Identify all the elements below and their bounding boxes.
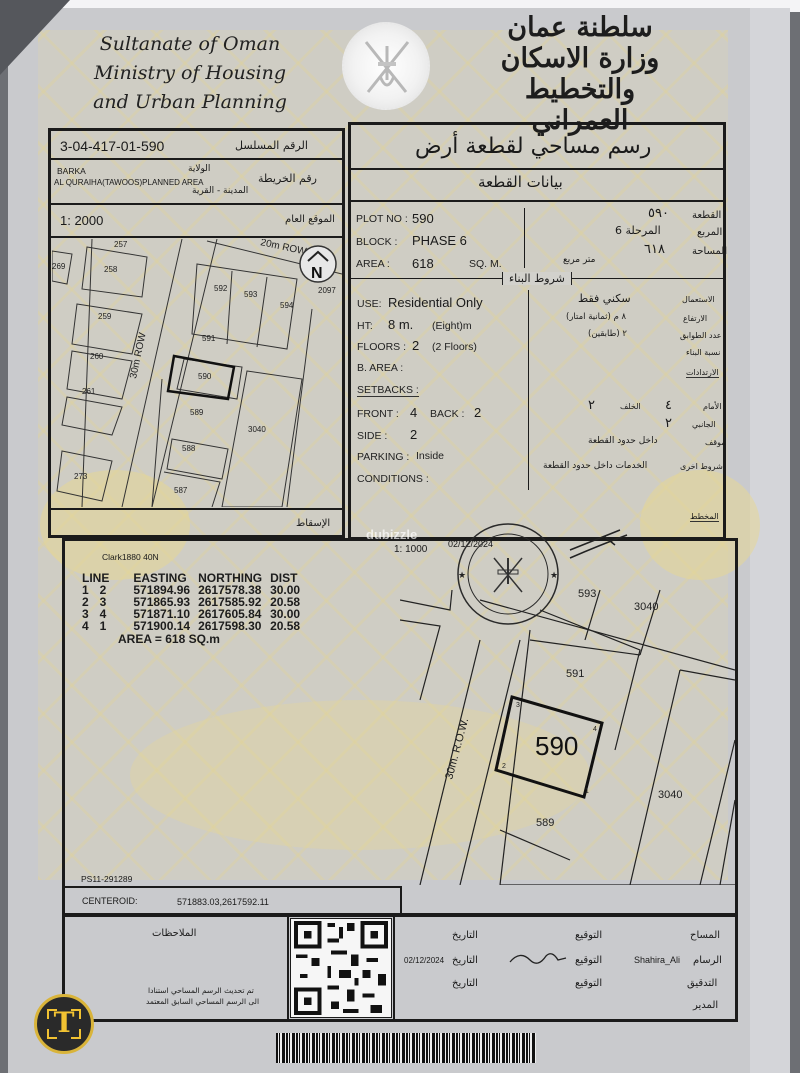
official-seal-icon: ★ ★ bbox=[452, 518, 564, 626]
back-value: 2 bbox=[474, 405, 481, 420]
ar-plot-value: ٥٩٠ bbox=[648, 206, 669, 221]
cell-to: 1 bbox=[96, 620, 114, 632]
ar-floors-label: عدد الطوابق bbox=[680, 331, 722, 340]
survey-scale: 1: 1000 bbox=[394, 544, 427, 555]
building-area-label: B. AREA : bbox=[357, 362, 403, 374]
area-value: 618 bbox=[412, 256, 434, 271]
location-scale: 1: 2000 bbox=[60, 213, 103, 228]
draftsman-date-label: التاريخ bbox=[452, 955, 478, 966]
plot-data-heading: بيانات القطعة bbox=[478, 173, 563, 191]
divider bbox=[62, 886, 402, 888]
cell-dist: 20.58 bbox=[266, 620, 304, 632]
svg-text:591: 591 bbox=[566, 668, 584, 680]
cell-from: 4 bbox=[78, 620, 96, 632]
notes-text-2: الى الرسم المساحي السابق المعتمد bbox=[146, 997, 259, 1006]
serial-label: الرقم المسلسل bbox=[235, 139, 308, 152]
divider bbox=[287, 916, 289, 1020]
map-number-label: رقم الخريطة bbox=[258, 172, 317, 185]
block-label: BLOCK : bbox=[356, 236, 397, 248]
draftsman-signature-icon bbox=[508, 948, 568, 970]
centeroid-label: CENTEROID: bbox=[82, 896, 138, 906]
svg-text:592: 592 bbox=[214, 284, 228, 293]
svg-text:1: 1 bbox=[585, 788, 589, 795]
corner-bracket-icon bbox=[47, 1029, 57, 1039]
header-line-3: and Urban Planning bbox=[80, 88, 300, 117]
corner-bracket-icon bbox=[47, 1009, 57, 1019]
oman-emblem-icon bbox=[342, 22, 430, 110]
ar-area-value: ٦١٨ bbox=[644, 242, 665, 257]
svg-text:4: 4 bbox=[593, 726, 597, 733]
height-value: 8 m. bbox=[388, 317, 413, 332]
datum-label: Clark1880 40N bbox=[102, 552, 159, 562]
conditions-label: CONDITIONS : bbox=[357, 473, 429, 485]
divider bbox=[48, 158, 345, 160]
divider bbox=[400, 886, 402, 916]
ar-parking-value: داخل حدود القطعة bbox=[588, 436, 658, 446]
road-label-30m: 30m ROW bbox=[128, 331, 149, 379]
height-label: HT: bbox=[357, 320, 373, 332]
draftsman-label: الرسام bbox=[693, 955, 722, 966]
svg-text:589: 589 bbox=[536, 817, 554, 829]
projection-label: الإسقاط bbox=[296, 518, 330, 529]
parking-label: PARKING : bbox=[357, 451, 409, 463]
block-value: PHASE 6 bbox=[412, 233, 467, 248]
ar-setbacks-label: الارتدادات bbox=[686, 368, 719, 378]
detail-map[interactable]: 593 3040 591 3040 589 588 590 1 2 3 4 30… bbox=[400, 560, 735, 885]
divider bbox=[524, 208, 525, 268]
ar-front-label: الأمام bbox=[703, 402, 721, 411]
document-title: رسم مساحي لقطعة أرض bbox=[415, 134, 651, 159]
checker-date-label: التاريخ bbox=[452, 978, 478, 989]
ar-building-ratio-label: نسبة البناء bbox=[686, 348, 720, 357]
back-label: BACK : bbox=[430, 408, 464, 420]
surveyor-label: المساح bbox=[690, 930, 720, 941]
divider bbox=[48, 508, 345, 510]
ar-plan-label: المخطط bbox=[690, 512, 719, 522]
svg-text:259: 259 bbox=[98, 312, 112, 321]
ar-block-label: المربع bbox=[697, 227, 722, 238]
svg-text:N: N bbox=[311, 265, 323, 282]
header-english: Sultanate of Oman Ministry of Housing an… bbox=[80, 30, 300, 117]
ocr-text-scan-button[interactable]: T bbox=[34, 994, 94, 1054]
height-words: (Eight)m bbox=[432, 320, 472, 332]
divider bbox=[348, 168, 726, 170]
use-value: Residential Only bbox=[388, 295, 483, 310]
notes-label: الملاحظات bbox=[152, 928, 196, 939]
ar-area-label: المساحة bbox=[692, 246, 727, 257]
svg-text:594: 594 bbox=[280, 301, 294, 310]
svg-text:269: 269 bbox=[52, 262, 66, 271]
ar-height-label: الارتفاع bbox=[683, 314, 707, 323]
ar-area-unit: متر مربع bbox=[563, 255, 595, 265]
background-corner bbox=[0, 0, 70, 75]
city-village-label: المدينة - القرية bbox=[192, 186, 248, 196]
wilayat-value: BARKA bbox=[57, 166, 86, 176]
barcode bbox=[276, 1033, 536, 1063]
svg-text:260: 260 bbox=[90, 352, 104, 361]
svg-text:273: 273 bbox=[74, 472, 88, 481]
building-conditions-heading: شروط البناء bbox=[502, 272, 572, 285]
centeroid-value: 571883.03,2617592.11 bbox=[177, 897, 269, 907]
floors-label: FLOORS : bbox=[357, 341, 406, 353]
front-label: FRONT : bbox=[357, 408, 399, 420]
svg-text:★: ★ bbox=[550, 570, 558, 580]
draftsman-date: 02/12/2024 bbox=[404, 956, 444, 965]
area-value: AL QURAIHA(TAWOOS)PLANNED AREA bbox=[54, 178, 204, 187]
checker-signature-label: التوقيع bbox=[575, 978, 602, 989]
ar-use-label: الاستعمال bbox=[682, 295, 715, 304]
ar-plot-label: القطعة bbox=[692, 210, 721, 221]
coordinates-table: LINE EASTING NORTHING DIST 12 571894.962… bbox=[78, 572, 304, 646]
site-watermark: dubizzle bbox=[366, 527, 417, 542]
plot-590-label: 590 bbox=[535, 731, 578, 761]
notes-text-1: تم تحديث الرسم المساحي استنادا bbox=[148, 986, 254, 995]
floors-words: (2 Floors) bbox=[432, 341, 477, 353]
floors-value: 2 bbox=[412, 338, 419, 353]
ar-height-value: ٨ م (ثمانية امتار) bbox=[566, 312, 626, 322]
header-ar-line-1: سلطنة عمان bbox=[490, 12, 670, 43]
ar-other-value: الخدمات داخل حدود القطعة bbox=[543, 461, 647, 471]
ar-back-label: الخلف bbox=[620, 402, 641, 411]
corner-bracket-icon bbox=[71, 1029, 81, 1039]
divider bbox=[348, 200, 726, 202]
use-label: USE: bbox=[357, 298, 382, 310]
area-label: AREA : bbox=[356, 258, 390, 270]
ar-side-label: الجانبي bbox=[692, 420, 716, 429]
general-location-label: الموقع العام bbox=[285, 214, 335, 225]
road-label: 30m. R.O.W. bbox=[443, 717, 471, 781]
cell-easting: 571900.14 bbox=[113, 620, 194, 632]
signature-mark-icon bbox=[565, 525, 635, 565]
svg-text:261: 261 bbox=[82, 387, 96, 396]
serial-number: 3-04-417-01-590 bbox=[60, 138, 164, 154]
location-map[interactable]: 257258269 259260261 273592593 594591590 … bbox=[52, 239, 342, 507]
header-line-1: Sultanate of Oman bbox=[80, 30, 300, 59]
svg-text:258: 258 bbox=[104, 265, 118, 274]
surveyor-date-label: التاريخ bbox=[452, 930, 478, 941]
plot-no-label: PLOT NO : bbox=[356, 213, 408, 225]
divider bbox=[48, 203, 345, 205]
road-label-20m: 20m ROW bbox=[259, 239, 307, 258]
svg-text:2: 2 bbox=[502, 763, 506, 770]
setbacks-label: SETBACKS : bbox=[357, 384, 419, 397]
svg-text:590: 590 bbox=[198, 372, 212, 381]
area-total: AREA = 618 SQ.m bbox=[78, 632, 304, 646]
ar-back-value: ٢ bbox=[588, 398, 595, 413]
corner-bracket-icon bbox=[71, 1009, 81, 1019]
draftsman-name: Shahira_Ali bbox=[634, 955, 680, 965]
parking-value: Inside bbox=[416, 450, 444, 462]
ar-block-value: المرحلة 6 bbox=[615, 224, 661, 237]
ar-side-value: ٢ bbox=[665, 416, 672, 431]
svg-text:3040: 3040 bbox=[634, 601, 658, 613]
ar-other-label: شروط اخرى bbox=[680, 462, 723, 471]
cell-northing: 2617598.30 bbox=[194, 620, 266, 632]
plot-no-value: 590 bbox=[412, 211, 434, 226]
svg-text:587: 587 bbox=[174, 486, 188, 495]
svg-text:257: 257 bbox=[114, 240, 128, 249]
table-row: 41 571900.142617598.3020.58 bbox=[78, 620, 304, 632]
qr-code[interactable] bbox=[290, 918, 392, 1018]
ps-number: PS11-291289 bbox=[81, 874, 132, 884]
ar-use-value: سكني فقط bbox=[578, 292, 631, 305]
svg-text:★: ★ bbox=[458, 570, 466, 580]
ar-floors-value: ٢ (طابقين) bbox=[588, 329, 627, 339]
ar-front-value: ٤ bbox=[665, 398, 672, 413]
divider bbox=[528, 290, 529, 490]
director-label: المدير bbox=[693, 1000, 718, 1011]
area-unit: SQ. M. bbox=[469, 258, 502, 270]
svg-text:591: 591 bbox=[202, 334, 216, 343]
divider bbox=[393, 916, 395, 1020]
divider bbox=[48, 236, 345, 238]
header-arabic: سلطنة عمان وزارة الاسكان والتخطيط العمرا… bbox=[490, 12, 670, 136]
svg-text:3040: 3040 bbox=[658, 789, 682, 801]
ar-parking-label: موقف bbox=[705, 438, 726, 447]
draftsman-signature-label: التوقيع bbox=[575, 955, 602, 966]
svg-text:593: 593 bbox=[578, 588, 596, 600]
svg-text:2097: 2097 bbox=[318, 286, 336, 295]
svg-text:593: 593 bbox=[244, 290, 258, 299]
svg-text:3: 3 bbox=[516, 702, 520, 709]
surveyor-signature-label: التوقيع bbox=[575, 930, 602, 941]
checker-label: التدقيق bbox=[687, 978, 717, 989]
side-value: 2 bbox=[410, 427, 417, 442]
wilayat-label: الولاية bbox=[188, 164, 210, 174]
svg-text:588: 588 bbox=[182, 444, 196, 453]
front-value: 4 bbox=[410, 405, 417, 420]
header-ar-line-2: وزارة الاسكان bbox=[490, 43, 670, 74]
svg-text:3040: 3040 bbox=[248, 425, 266, 434]
header-line-2: Ministry of Housing bbox=[80, 59, 300, 88]
side-label: SIDE : bbox=[357, 430, 387, 442]
svg-text:589: 589 bbox=[190, 408, 204, 417]
